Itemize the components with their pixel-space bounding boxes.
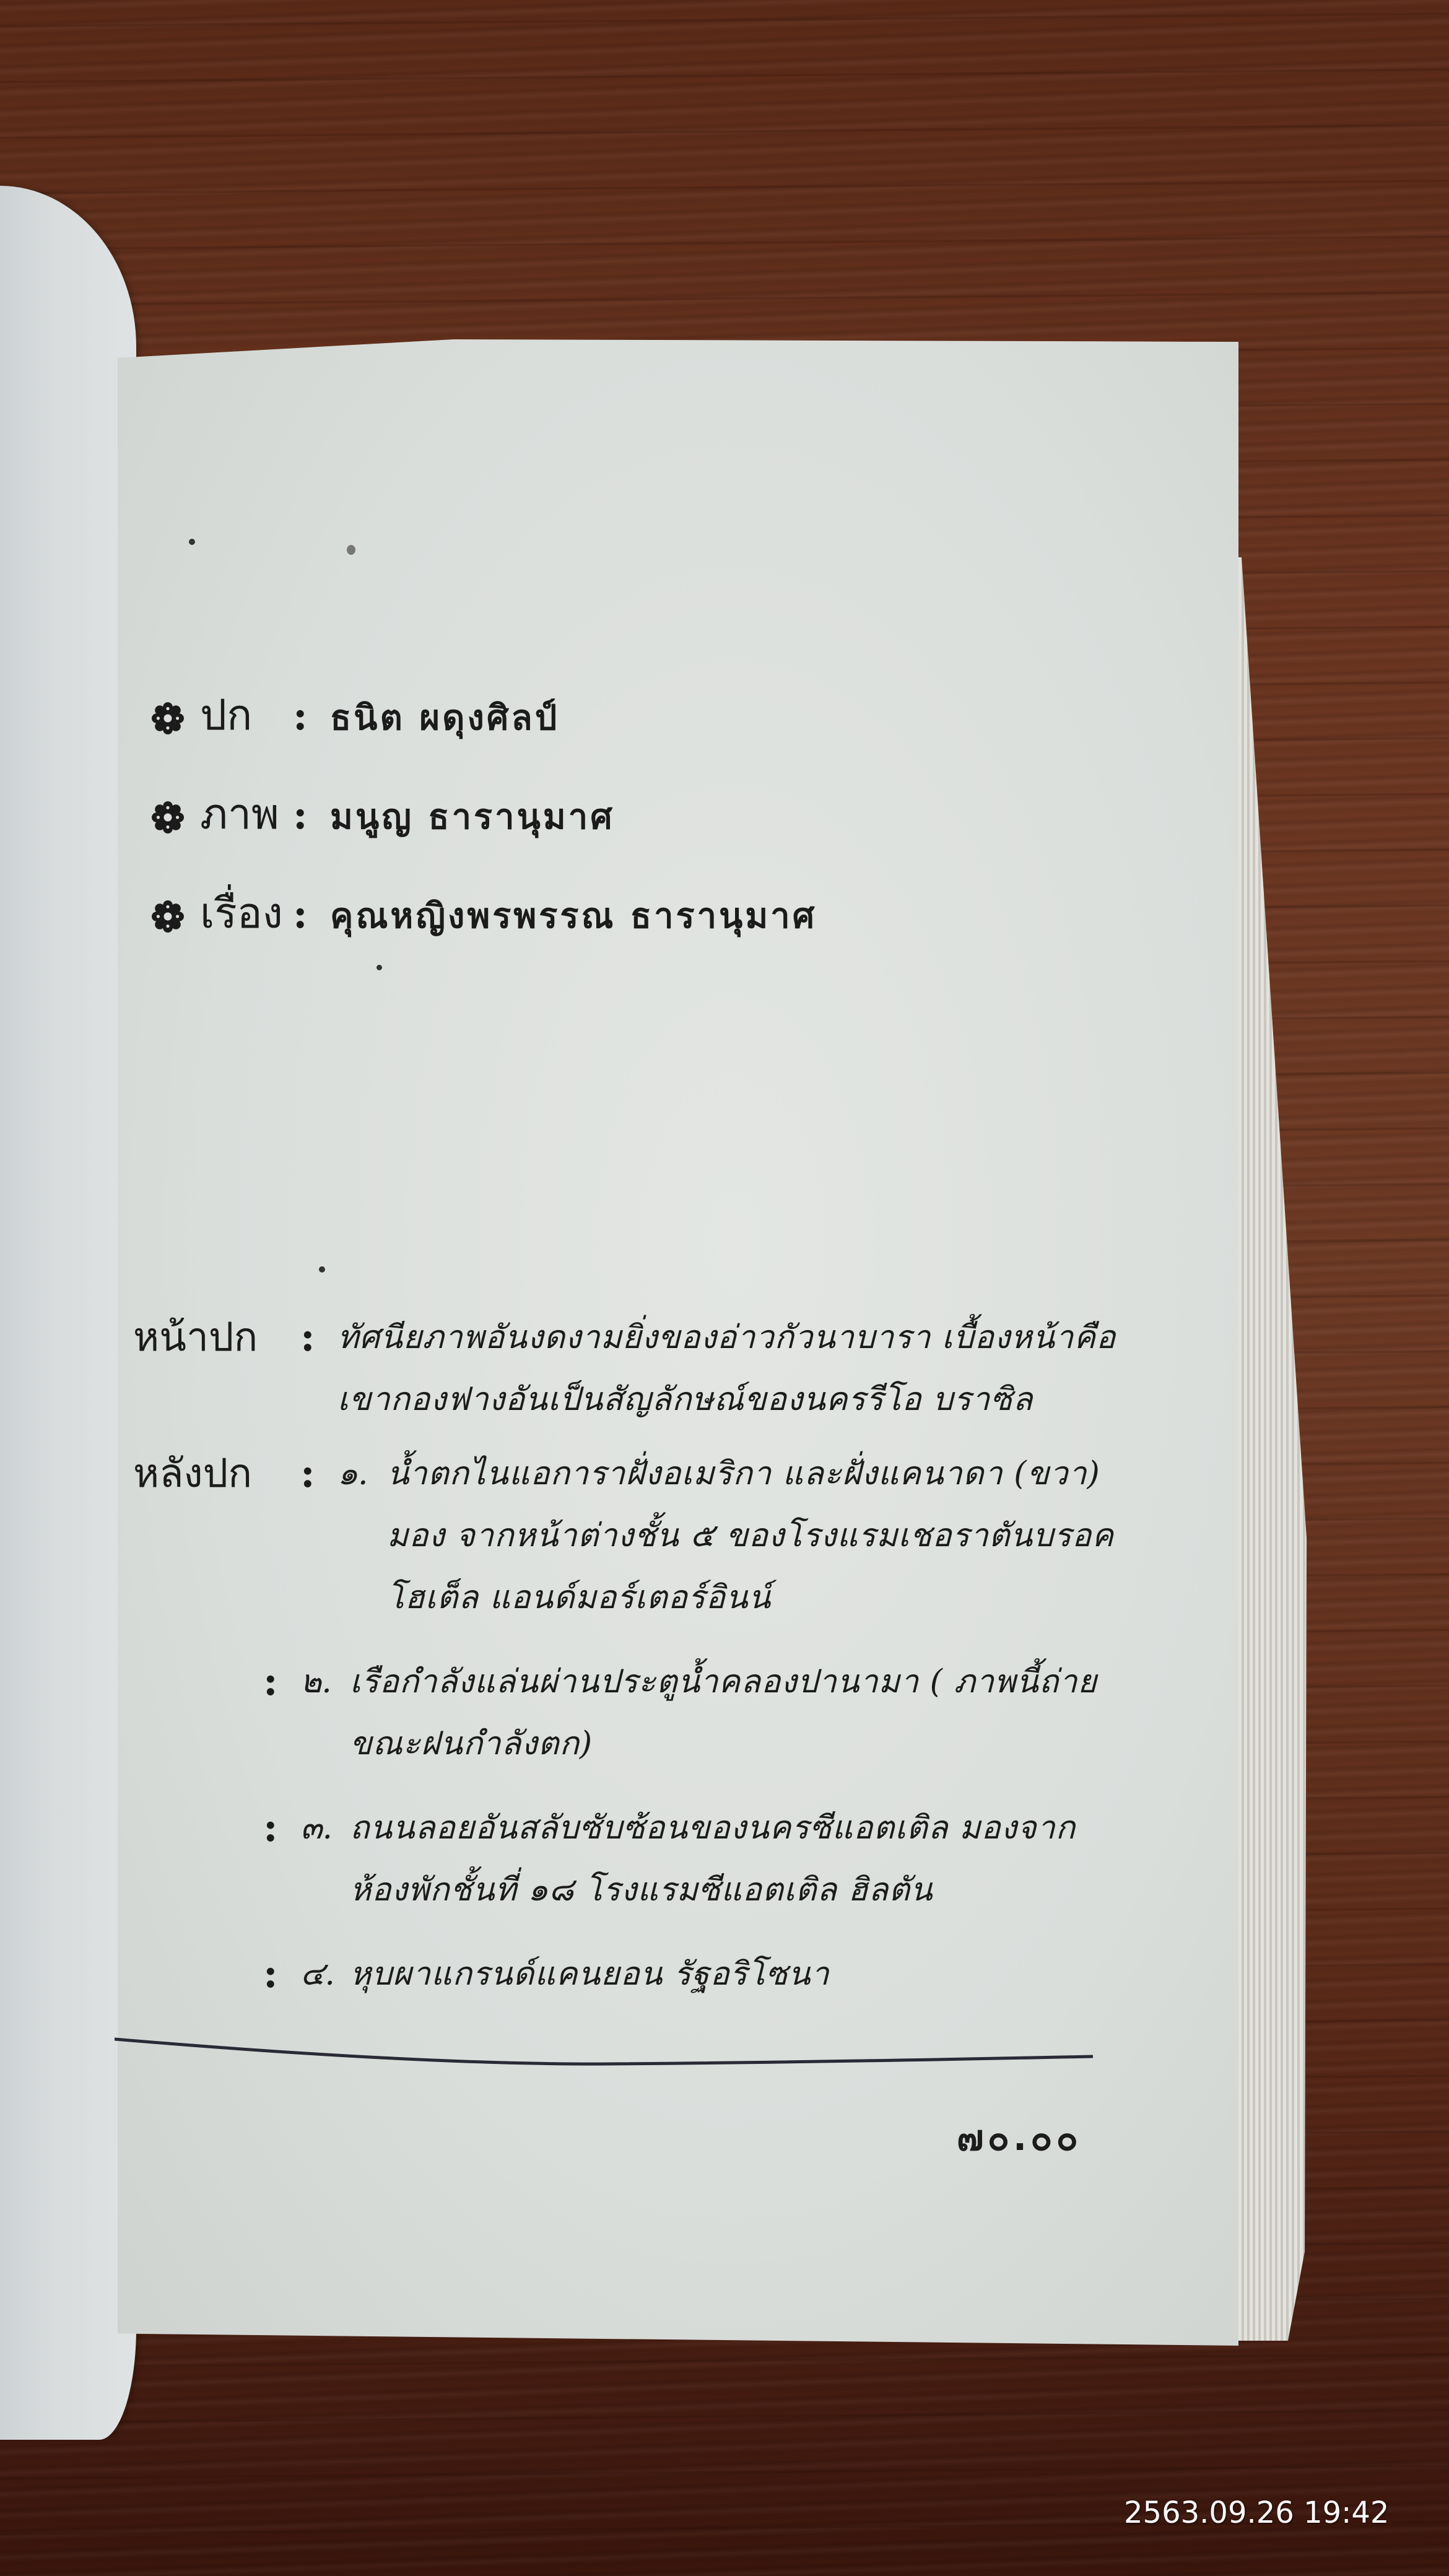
credit-label: ภาพ — [200, 780, 293, 847]
back-cover-item: : ๑. น้ำตกไนแอการาฝั่งอเมริกา และฝั่งแคน… — [300, 1443, 1118, 1629]
credit-value: มนูญ ธารานุมาศ — [330, 789, 615, 844]
back-cover-item: : ๔. หุบผาแกรนด์แคนยอน รัฐอริโซนา — [133, 1943, 1118, 2005]
item-text: หุบผาแกรนด์แคนยอน รัฐอริโซนา — [350, 1943, 1118, 2005]
cover-captions: หน้าปก : ทัศนียภาพอันงดงามยิ่งของอ่าวกัว… — [133, 1307, 1118, 2027]
colon: : — [293, 693, 330, 739]
credit-value: คุณหญิงพรพรรณ ธารานุมาศ — [330, 888, 817, 943]
caption-text: ทัศนียภาพอันงดงามยิ่งของอ่าวกัวนาบารา เบ… — [337, 1307, 1118, 1430]
item-number: ๓. — [300, 1797, 350, 1921]
colon: : — [263, 1651, 300, 1775]
colon: : — [263, 1797, 300, 1921]
item-number: ๒. — [300, 1651, 350, 1775]
ink-speck — [376, 965, 382, 970]
colon: : — [263, 1943, 300, 2005]
back-cover-caption: หลังปก : ๑. น้ำตกไนแอการาฝั่งอเมริกา และ… — [133, 1443, 1118, 1651]
left-facing-page — [0, 186, 136, 2440]
horizontal-rule — [115, 2034, 1093, 2071]
back-cover-items: : ๑. น้ำตกไนแอการาฝั่งอเมริกา และฝั่งแคน… — [300, 1443, 1118, 1651]
credits-section: ปก : ธนิต ผดุงศิลป์ ภาพ : มนูญ ธารานุมาศ… — [152, 681, 817, 978]
credit-label: เรื่อง — [200, 879, 293, 946]
front-cover-caption: หน้าปก : ทัศนียภาพอันงดงามยิ่งของอ่าวกัว… — [133, 1307, 1118, 1430]
colon: : — [300, 1443, 337, 1629]
back-cover-item: : ๓. ถนนลอยอันสลับซับซ้อนของนครซีแอตเติล… — [133, 1797, 1118, 1921]
credit-label: ปก — [200, 681, 293, 748]
ink-speck — [189, 539, 195, 545]
item-number: ๑. — [337, 1443, 387, 1629]
item-number: ๔. — [300, 1943, 350, 2005]
caption-label: หลังปก — [133, 1443, 300, 1651]
item-text: ถนนลอยอันสลับซับซ้อนของนครซีแอตเติล มองจ… — [350, 1797, 1118, 1921]
colon: : — [300, 1307, 337, 1430]
price-label: ๗๐.๐๐ — [957, 2108, 1082, 2166]
back-cover-item: : ๒. เรือกำลังแล่นผ่านประตูน้ำคลองปานามา… — [133, 1651, 1118, 1775]
item-text: น้ำตกไนแอการาฝั่งอเมริกา และฝั่งแคนาดา (… — [387, 1443, 1118, 1629]
photo-timestamp: 2563.09.26 19:42 — [1124, 2495, 1389, 2530]
ink-speck — [347, 545, 355, 555]
flower-bullet-icon — [152, 801, 184, 833]
flower-bullet-icon — [152, 900, 184, 933]
credit-cover: ปก : ธนิต ผดุงศิลป์ — [152, 681, 817, 780]
caption-label: หน้าปก — [133, 1307, 300, 1430]
credit-value: ธนิต ผดุงศิลป์ — [330, 690, 559, 745]
colon: : — [293, 792, 330, 838]
item-text: เรือกำลังแล่นผ่านประตูน้ำคลองปานามา ( ภา… — [350, 1651, 1118, 1775]
credit-illustration: ภาพ : มนูญ ธารานุมาศ — [152, 780, 817, 879]
ink-speck — [319, 1266, 325, 1273]
flower-bullet-icon — [152, 702, 184, 734]
colon: : — [293, 891, 330, 938]
credit-story: เรื่อง : คุณหญิงพรพรรณ ธารานุมาศ — [152, 879, 817, 978]
